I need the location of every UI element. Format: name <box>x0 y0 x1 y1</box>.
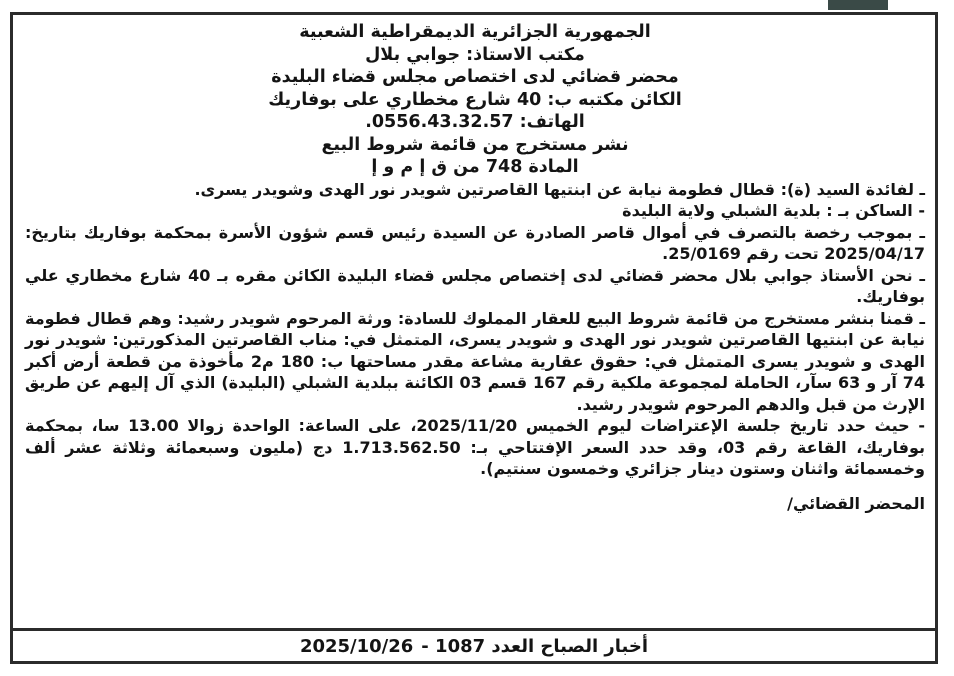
office-title: مكتب الاستاذ: جوابي بلال <box>25 44 925 67</box>
publication-footer: أخبار الصباح العدد 1087 - 2025/10/26 <box>13 631 935 661</box>
office-address: الكائن مكتبه ب: 40 شارع مخطاري على بوفار… <box>25 89 925 112</box>
hearing-paragraph: - حيث حدد تاريخ جلسة الإعتراضات ليوم الخ… <box>25 415 925 480</box>
bailiff-paragraph: ـ نحن الأستاذ جوابي بلال محضر قضائي لدى … <box>25 265 925 308</box>
page-edge-tab <box>828 0 888 10</box>
authorization-paragraph: ـ بموجب رخصة بالتصرف في أموال قاصر الصاد… <box>25 222 925 265</box>
property-paragraph: ـ قمنا بنشر مستخرج من قائمة شروط البيع ل… <box>25 308 925 416</box>
beneficiary-paragraph: ـ لفائدة السيد (ة): قطال فطومة نيابة عن … <box>25 179 925 201</box>
notice-body: الجمهورية الجزائرية الديمقراطية الشعبية … <box>13 15 935 629</box>
residence-paragraph: - الساكن بـ : بلدية الشبلي ولاية البليدة <box>25 200 925 222</box>
notice-paragraphs: ـ لفائدة السيد (ة): قطال فطومة نيابة عن … <box>25 179 925 480</box>
country-title: الجمهورية الجزائرية الديمقراطية الشعبية <box>25 21 925 44</box>
notice-header: الجمهورية الجزائرية الديمقراطية الشعبية … <box>25 21 925 179</box>
notice-title: نشر مستخرج من قائمة شروط البيع <box>25 134 925 157</box>
bailiff-jurisdiction: محضر قضائي لدى اختصاص مجلس قضاء البليدة <box>25 66 925 89</box>
signature: المحضر القضائي/ <box>25 494 925 513</box>
publication-name: أخبار الصباح العدد 1087 - <box>421 636 648 657</box>
publication-date: 2025/10/26 <box>300 636 413 657</box>
office-phone: الهاتف: 0556.43.32.57. <box>25 111 925 134</box>
legal-notice-box: الجمهورية الجزائرية الديمقراطية الشعبية … <box>10 12 938 664</box>
legal-article: المادة 748 من ق إ م و إ <box>25 156 925 179</box>
